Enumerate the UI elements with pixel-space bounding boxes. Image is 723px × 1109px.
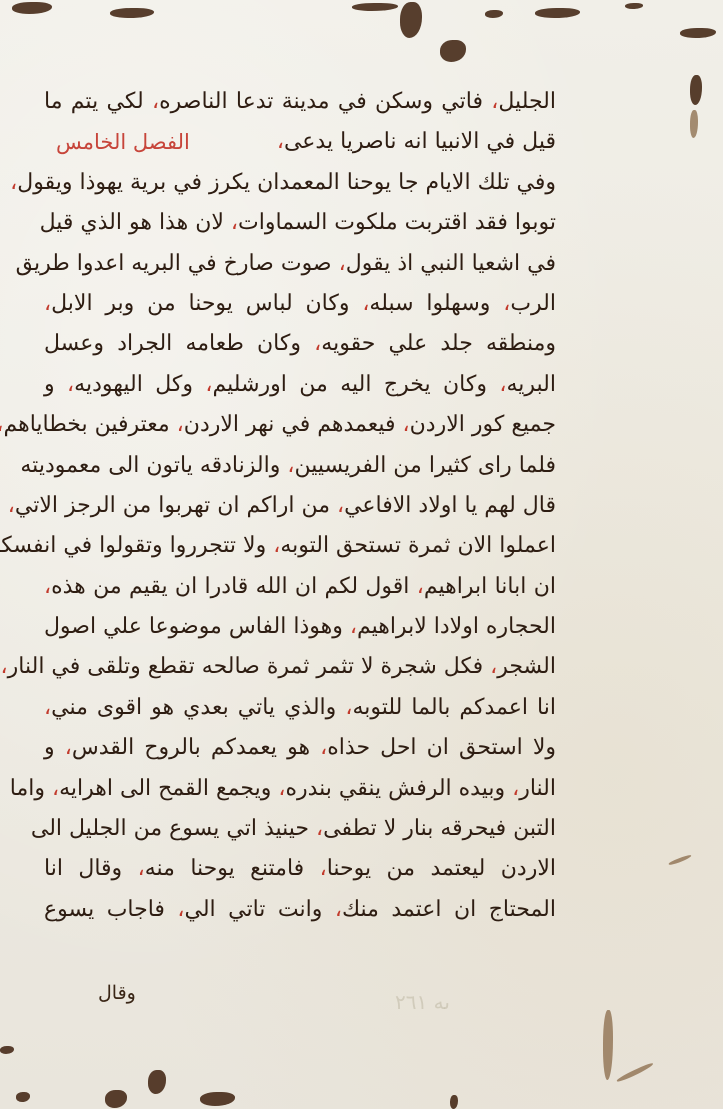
text-line-17: ولا استحق ان احل حذاه، هو يعمدكم بالروح …: [44, 728, 556, 768]
worm-hole: [110, 8, 154, 18]
rubric-marker: ،: [0, 412, 3, 437]
rubric-marker: ،: [499, 372, 506, 397]
text-line-16: انا اعمدكم بالما للتوبه، والذي ياتي بعدي…: [44, 688, 556, 728]
text-line-2: قيل في الانبيا انه ناصريا يدعى، الفصل ال…: [44, 122, 556, 162]
worm-hole: [16, 1092, 30, 1102]
worm-hole: [0, 1046, 14, 1054]
worm-hole: [148, 1070, 166, 1094]
worm-hole: [616, 1062, 654, 1083]
rubric-marker: ،: [316, 816, 323, 841]
text-line-21: المحتاج ان اعتمد منك، وانت تاتي الي، فاج…: [44, 890, 556, 930]
worm-hole: [485, 10, 503, 18]
text-line-10: فلما راى كثيرا من الفريسيين، والزنادقه ي…: [44, 446, 556, 486]
worm-hole: [400, 2, 422, 38]
catchword: وقال: [98, 982, 136, 1004]
worm-hole: [105, 1090, 127, 1108]
rubric-marker: ،: [277, 129, 284, 154]
text-line-8: البريه، وكان يخرج اليه من اورشليم، وكل ا…: [44, 365, 556, 405]
text-line-12: اعملوا الان ثمرة تستحق التوبه، ولا تتجرر…: [44, 526, 556, 566]
worm-hole: [352, 3, 398, 11]
text-line-4: توبوا فقد اقتربت ملكوت السماوات، لان هذا…: [44, 203, 556, 243]
rubric-marker: ،: [335, 897, 342, 922]
text-line-5: في اشعيا النبي اذ يقول، صوت صارخ في البر…: [44, 244, 556, 284]
rubric-marker: ،: [152, 89, 159, 114]
rubric-marker: ،: [345, 695, 352, 720]
rubric-marker: ،: [314, 331, 321, 356]
text-line-7: ومنطقه جلد علي حقويه، وكان طعامه الجراد …: [44, 324, 556, 364]
rubric-marker: ،: [177, 412, 184, 437]
worm-hole: [200, 1092, 235, 1106]
rubric-marker: ،: [320, 735, 327, 760]
worm-hole: [690, 75, 702, 105]
rubric-marker: ،: [337, 493, 344, 518]
worm-hole: [690, 110, 698, 138]
rubric-marker: ،: [417, 574, 424, 599]
rubric-marker: ،: [273, 533, 280, 558]
text-line-18: النار، وبيده الرفش ينقي بندره، ويجمع الق…: [44, 769, 556, 809]
worm-hole: [440, 40, 466, 62]
rubric-marker: ،: [205, 372, 212, 397]
rubric-marker: ،: [44, 574, 51, 599]
manuscript-page: الجليل، فاتي وسكن في مدينة تدعا الناصره،…: [0, 0, 723, 1109]
rubric-marker: ،: [278, 776, 285, 801]
manuscript-text: الجليل، فاتي وسكن في مدينة تدعا الناصره،…: [44, 82, 556, 930]
rubric-marker: ،: [44, 695, 51, 720]
text-line-14: الحجاره اولادا لابراهيم، وهوذا الفاس موض…: [44, 607, 556, 647]
worm-hole: [625, 3, 643, 9]
text-line-15: الشجر، فكل شجرة لا تثمر ثمرة صالحه تقطع …: [44, 647, 556, 687]
rubric-marker: ،: [350, 614, 357, 639]
rubric-marker: ،: [1, 654, 8, 679]
rubric-marker: ،: [67, 372, 74, 397]
rubric-marker: ،: [512, 776, 519, 801]
text-line-9: جميع كور الاردن، فيعمدهم في نهر الاردن، …: [44, 405, 556, 445]
worm-hole: [450, 1095, 458, 1109]
text-line-1: الجليل، فاتي وسكن في مدينة تدعا الناصره،…: [44, 82, 556, 122]
rubric-marker: ،: [8, 493, 15, 518]
text-line-6: الرب، وسهلوا سبله، وكان لباس يوحنا من وب…: [44, 284, 556, 324]
rubric-marker: ،: [44, 291, 51, 316]
rubric-marker: ،: [65, 735, 72, 760]
rubric-marker: ،: [320, 856, 327, 881]
rubric-marker: ،: [177, 897, 184, 922]
rubric-marker: ،: [490, 654, 497, 679]
text-line-20: الاردن ليعتمد من يوحنا، فامتنع يوحنا منه…: [44, 849, 556, 889]
text-line-13: ان ابانا ابراهيم، اقول لكم ان الله قادرا…: [44, 567, 556, 607]
worm-hole: [680, 28, 716, 38]
rubric-marker: ،: [287, 453, 294, 478]
rubric-marker: ،: [138, 856, 145, 881]
worm-hole: [535, 8, 580, 18]
worm-hole: [12, 2, 52, 14]
faint-show-through-mark: ىه ٢٦١: [395, 990, 450, 1014]
rubric-marker: ،: [339, 251, 346, 276]
rubric-marker: ،: [362, 291, 369, 316]
stray-mark: [668, 854, 692, 866]
rubric-marker: ،: [403, 412, 410, 437]
worm-hole: [603, 1010, 613, 1080]
rubric-marker: ،: [10, 170, 17, 195]
rubric-marker: ،: [231, 210, 238, 235]
text-line-11: قال لهم يا اولاد الافاعي، من اراكم ان ته…: [44, 486, 556, 526]
rubric-marker: ،: [491, 89, 498, 114]
rubric-marker: ،: [52, 776, 59, 801]
text-line-2-content: قيل في الانبيا انه ناصريا يدعى،: [277, 129, 556, 154]
text-line-19: التبن فيحرقه بنار لا تطفى، حينيذ اتي يسو…: [44, 809, 556, 849]
text-line-3: وفي تلك الايام جا يوحنا المعمدان يكرز في…: [44, 163, 556, 203]
rubric-marker: ،: [503, 291, 510, 316]
chapter-heading: الفصل الخامس: [56, 122, 190, 162]
